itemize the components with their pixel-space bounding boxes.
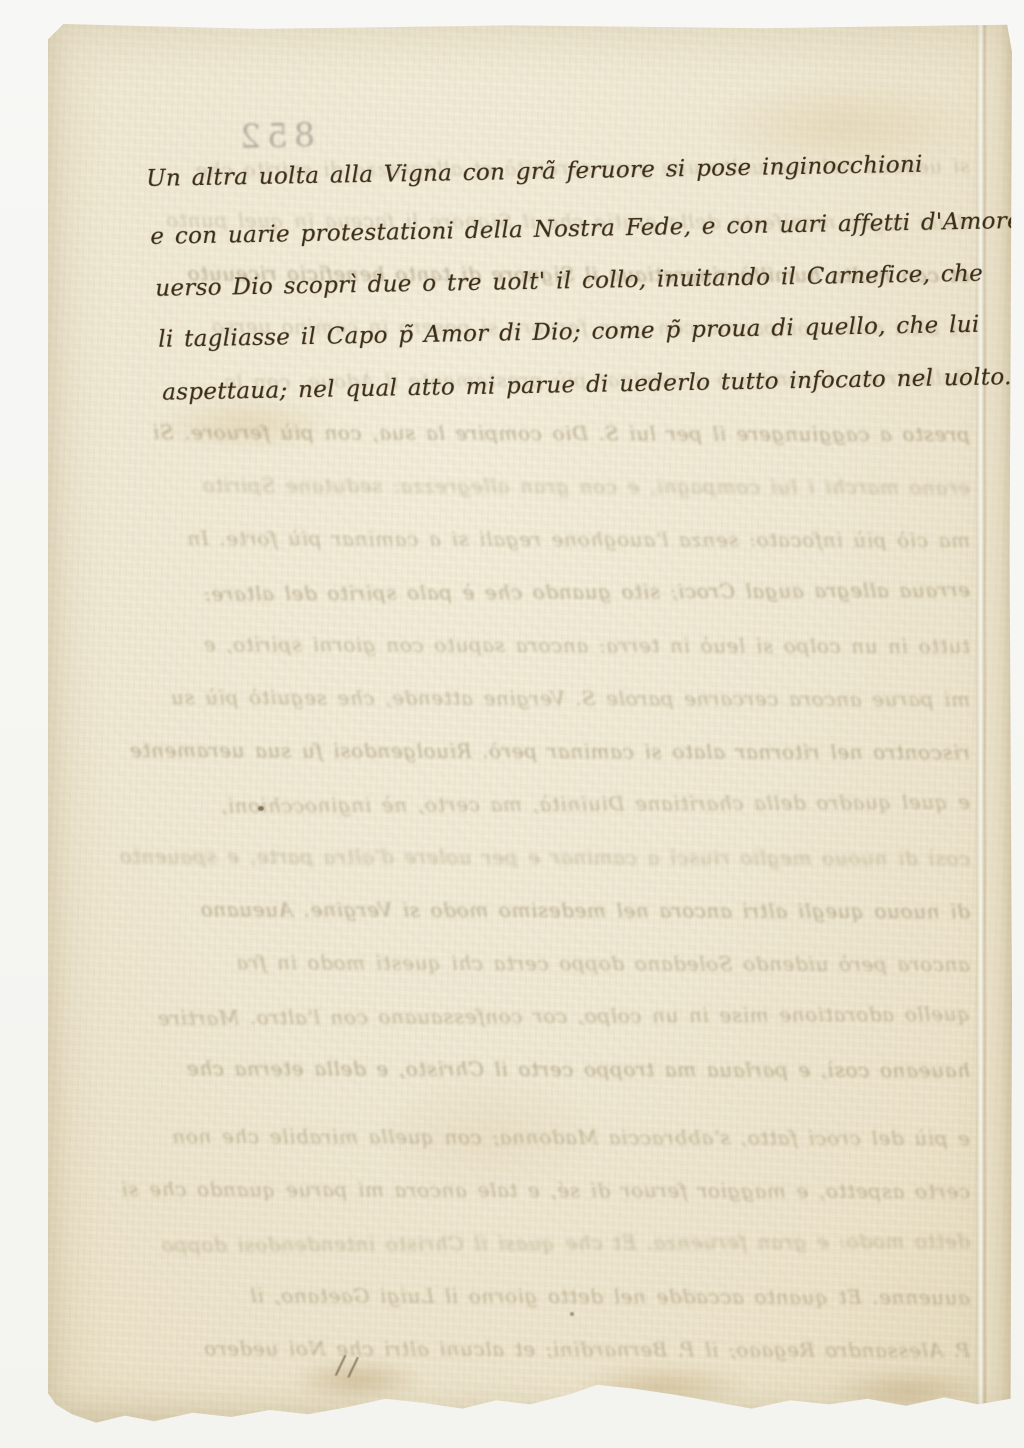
showthrough-line: mi parue ancora cercarne parole S. Vergi… <box>68 671 970 726</box>
showthrough-line: haueano così, e parlaua ma troppo certo … <box>68 1042 970 1097</box>
ink-speck <box>258 806 264 811</box>
manuscript-text-line: Un altra uolta alla Vigna con grã feruor… <box>146 152 923 192</box>
paper-stain <box>578 1364 748 1410</box>
showthrough-line: così di nuouo meglio riuscì a caminar e … <box>68 830 970 885</box>
paper-stain <box>828 1369 988 1411</box>
manuscript-text-line: e con uarie protestationi della Nostra F… <box>150 208 1021 250</box>
showthrough-line: erraua allegra augal Croci; sito guando … <box>68 564 970 622</box>
showthrough-line: erano marchi i lui compagni, e con gran … <box>68 459 970 514</box>
manuscript-page: 852 si uedeua nel suo uolto una gran ser… <box>48 24 1012 1424</box>
paper-stain <box>378 1074 598 1194</box>
showthrough-line: P. Alessandro Regaao; il P. Bernardini; … <box>68 1322 970 1377</box>
showthrough-line: e quel quadro della charitiane Diuinità,… <box>68 776 970 834</box>
ink-speck <box>570 1312 574 1316</box>
manuscript-text-line: uerso Dio scoprì due o tre uolt' il coll… <box>155 261 983 302</box>
scan-background: 852 si uedeua nel suo uolto una gran ser… <box>0 0 1024 1448</box>
showthrough-line: ancora però uidendo Soledano doppo certa… <box>68 936 970 991</box>
showthrough-line: e più del croci fatto, s'abbraccia Madon… <box>68 1110 970 1165</box>
manuscript-text-line: li tagliasse il Capo p̃ Amor di Dio; com… <box>158 312 980 353</box>
showthrough-line: detto modo: e gran feruenza. Et che quas… <box>68 1215 970 1273</box>
showthrough-line: tutto in un colpo si leuò in terra: anco… <box>68 618 970 673</box>
manuscript-text-line: aspettaua; nel qual atto mi parue di ued… <box>162 364 1012 406</box>
handwritten-text-block: Un altra uolta alla Vigna con grã feruor… <box>146 151 996 456</box>
showthrough-line: ma ciò più infocato: senza l'auoghone re… <box>68 512 970 567</box>
showthrough-line: di nuouo quegli altri ancora nel medesim… <box>68 883 970 938</box>
showthrough-line: auuenne. Et quanto accadde nel detto gio… <box>68 1269 970 1324</box>
showthrough-line: riscontro nel ritornar alato si caminar … <box>68 724 970 779</box>
page-number-stamp-showthrough: 852 <box>234 115 316 156</box>
showthrough-line: certo aspetto, e maggior feruor di sé, e… <box>68 1163 970 1218</box>
showthrough-line: quello adoratione mise in un colpo, cor … <box>68 988 970 1046</box>
pen-marks: ∕∕ <box>334 1350 363 1383</box>
